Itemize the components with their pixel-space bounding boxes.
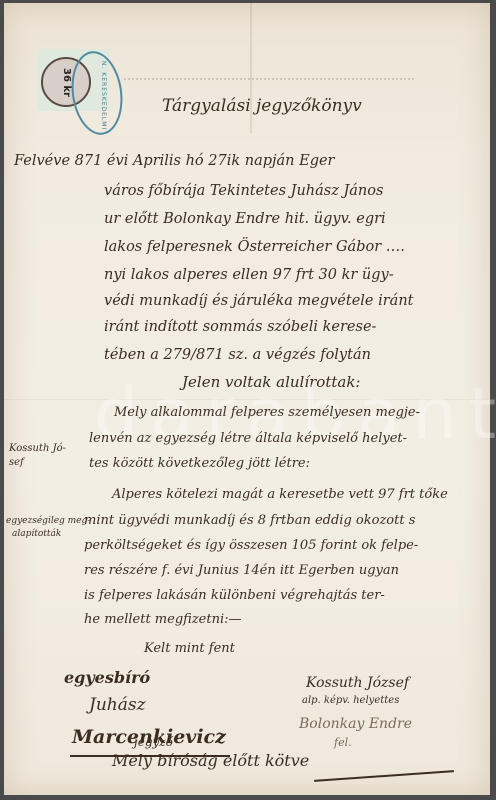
body-line: perköltségeket és így összesen 105 forin… xyxy=(84,538,418,553)
seal-text: N. KERESKEDELMI xyxy=(100,61,107,130)
margin-note: Kossuth Jó- xyxy=(9,443,66,454)
body-line: város főbírája Tekintetes Juhász János xyxy=(104,183,383,199)
body-line: lenvén az egyezség létre általa képvisel… xyxy=(89,431,407,446)
closing-line: Kelt mint fent xyxy=(144,641,235,656)
body-line: he mellett megfizetni:— xyxy=(84,612,242,627)
defendant-rep-signature: Kossuth József xyxy=(306,675,409,691)
plaintiff-role: fel. xyxy=(334,736,352,749)
clerk-role: jegyző xyxy=(134,735,173,749)
document-title: Tárgyalási jegyzőkönyv xyxy=(162,96,362,116)
footer-underline xyxy=(314,770,454,781)
defendant-rep-role: alp. képv. helyettes xyxy=(302,695,399,706)
stamp-value: 36 kr xyxy=(60,68,71,97)
body-line: védi munkadíj és járuléka megvétele irán… xyxy=(104,293,413,309)
body-line: res részére f. évi Junius 14én itt Egerb… xyxy=(84,563,399,578)
judge-signature: Juhász xyxy=(89,695,146,715)
judge-label: egyesbíró xyxy=(64,668,150,687)
body-line: iránt indított sommás szóbeli kerese- xyxy=(104,319,376,335)
body-line: Mely alkalommal felperes személyesen meg… xyxy=(114,405,420,420)
body-line: mint ügyvédi munkadíj és 8 frtban eddig … xyxy=(84,513,415,528)
margin-note: alapították xyxy=(12,529,61,539)
body-line: is felperes lakásán különbeni végrehajtá… xyxy=(84,588,385,603)
body-line: ur előtt Bolonkay Endre hit. ügyv. egri xyxy=(104,211,386,227)
bleed-through-text xyxy=(124,68,414,80)
margin-note: sef xyxy=(9,457,24,468)
plaintiff-signature: Bolonkay Endre xyxy=(299,716,412,732)
footer-line: Mely bíróság előtt kötve xyxy=(112,751,309,770)
body-line: tes között következőleg jött létre: xyxy=(89,456,310,471)
body-line: lakos felperesnek Österreicher Gábor …. xyxy=(104,239,405,255)
margin-note: egyezségileg meg- xyxy=(6,516,90,526)
body-line: Felvéve 871 évi Aprilis hó 27ik napján E… xyxy=(14,153,335,169)
document-page: 36 kr N. KERESKEDELMI Tárgyalási jegyzők… xyxy=(4,3,490,795)
body-line: nyi lakos alperes ellen 97 frt 30 kr ügy… xyxy=(104,267,394,283)
body-line: tében a 279/871 sz. a végzés folytán xyxy=(104,347,371,363)
body-line: Alperes kötelezi magát a keresetbe vett … xyxy=(112,487,448,502)
